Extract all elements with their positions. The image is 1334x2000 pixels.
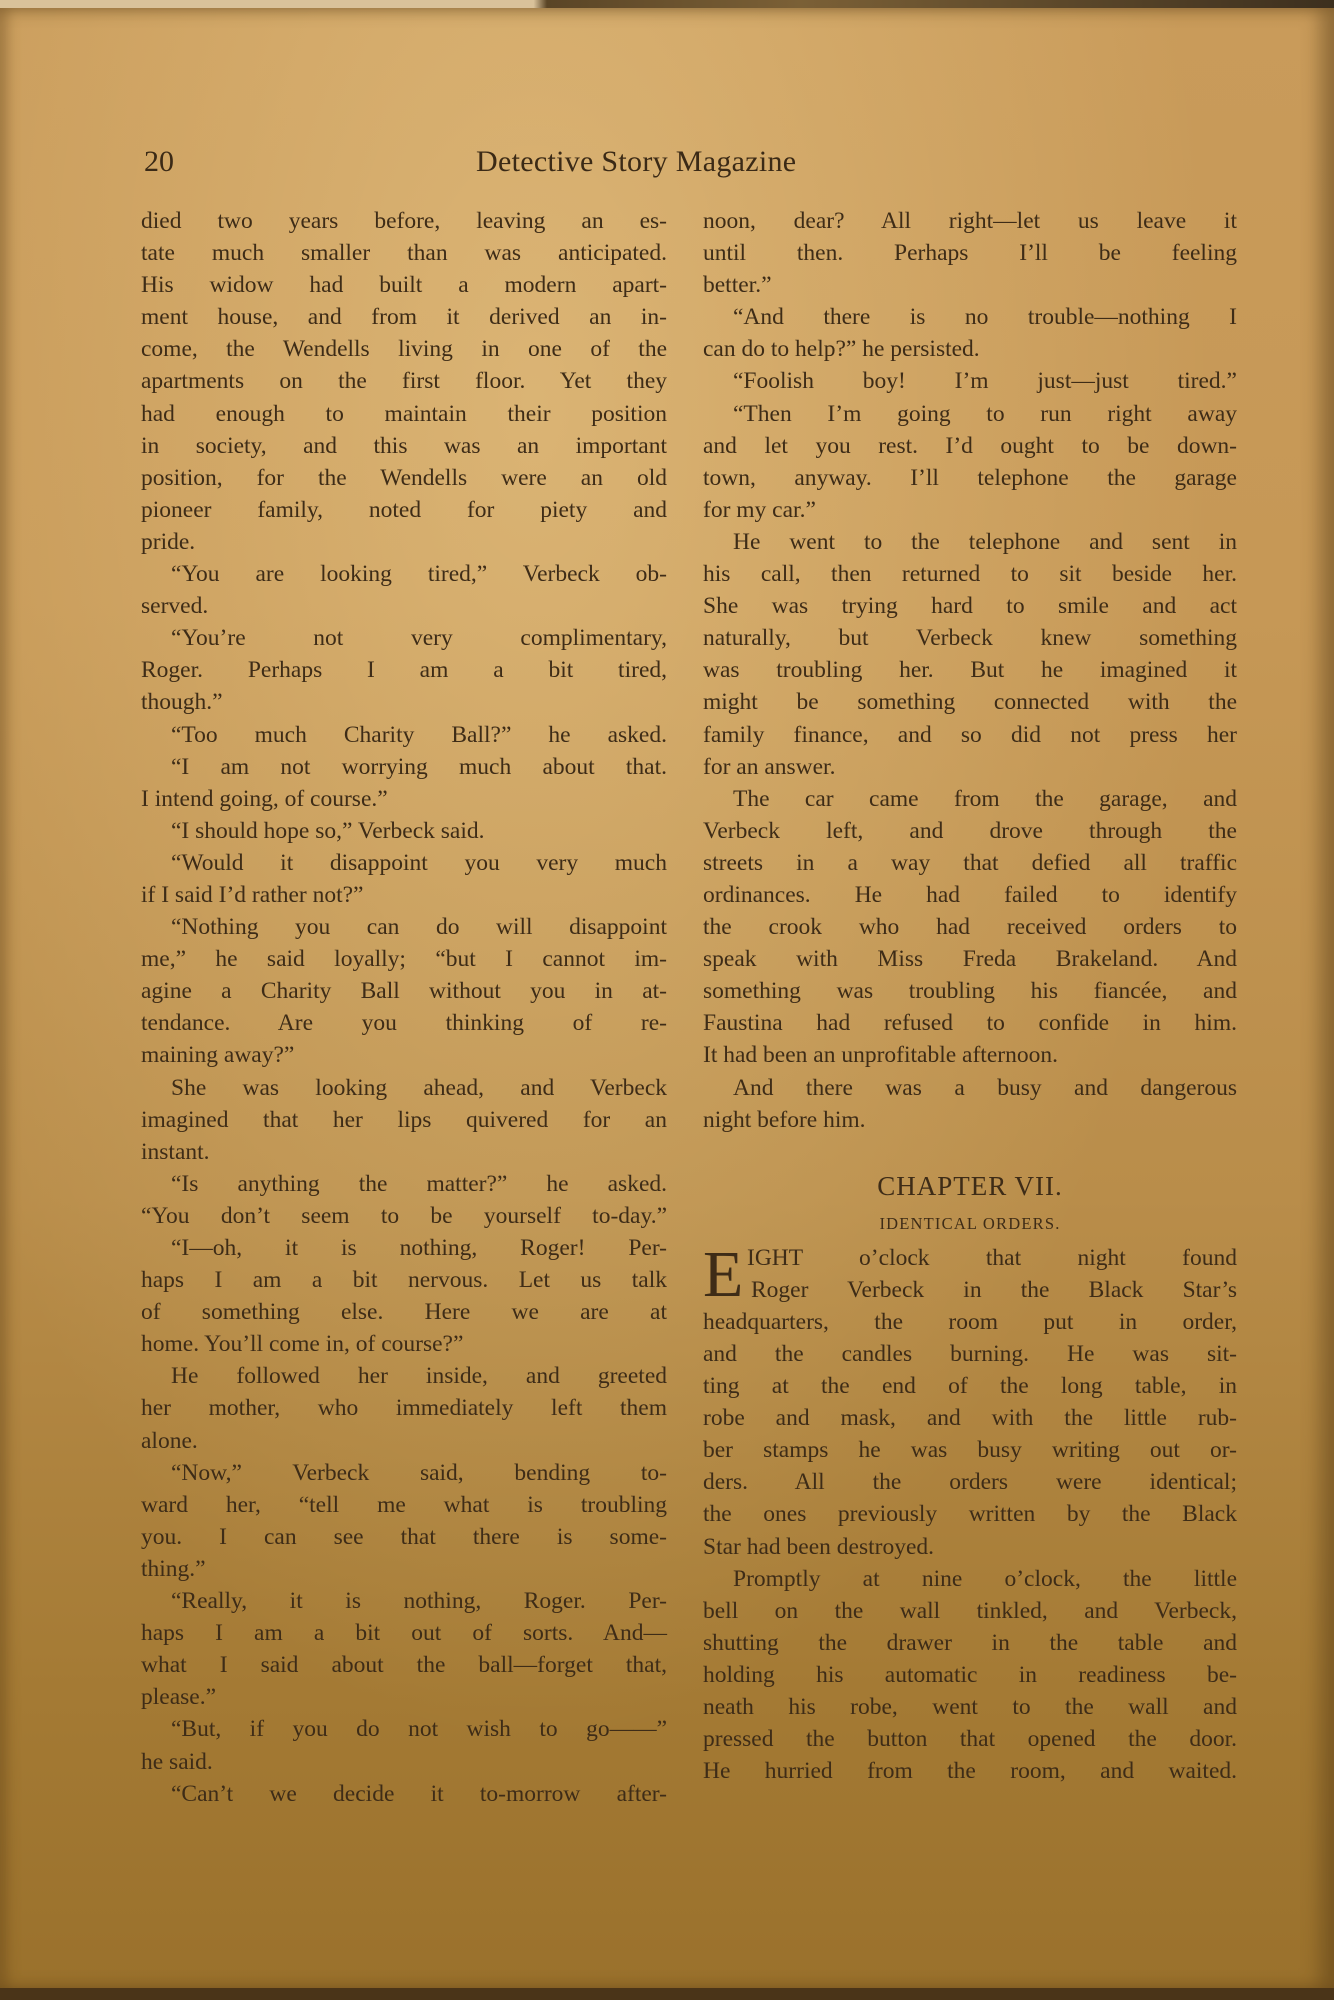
page-bottom-edge <box>0 1988 1334 2000</box>
text-line: He followed her inside, and greeted <box>141 1360 667 1392</box>
text-line: died two years before, leaving an es- <box>141 205 667 237</box>
text-line: pioneer family, noted for piety and <box>141 494 667 526</box>
text-line: the ones previously written by the Black <box>703 1498 1237 1530</box>
text-line: It had been an unprofitable afternoon. <box>703 1039 1237 1071</box>
text-line: “Now,” Verbeck said, bending to- <box>141 1457 667 1489</box>
text-line: speak with Miss Freda Brakeland. And <box>703 943 1237 975</box>
text-line: alone. <box>141 1425 667 1457</box>
text-line: might be something connected with the <box>703 686 1237 718</box>
text-line: ders. All the orders were identical; <box>703 1466 1237 1498</box>
text-line: her mother, who immediately left them <box>141 1392 667 1424</box>
page-number: 20 <box>144 145 174 179</box>
text-line: I intend going, of course.” <box>141 783 667 815</box>
text-line: She was trying hard to smile and act <box>703 590 1237 622</box>
text-line: pressed the button that opened the door. <box>703 1723 1237 1755</box>
text-line: position, for the Wendells were an old <box>141 462 667 494</box>
text-line: naturally, but Verbeck knew something <box>703 622 1237 654</box>
right-column-text-before-chapter: noon, dear? All right—let us leave itunt… <box>703 205 1237 1136</box>
text-line: can do to help?” he persisted. <box>703 333 1237 365</box>
text-line: She was looking ahead, and Verbeck <box>141 1072 667 1104</box>
text-line: ment house, and from it derived an in- <box>141 301 667 333</box>
text-line: better.” <box>703 269 1237 301</box>
text-line: robe and mask, and with the little rub- <box>703 1402 1237 1434</box>
text-line: maining away?” <box>141 1039 667 1071</box>
text-line: shutting the drawer in the table and <box>703 1627 1237 1659</box>
chapter-title: CHAPTER VII. <box>703 1166 1237 1206</box>
text-line: he said. <box>141 1746 667 1778</box>
text-line: agine a Charity Ball without you in at- <box>141 975 667 1007</box>
text-line: in society, and this was an important <box>141 430 667 462</box>
text-line: and let you rest. I’d ought to be down- <box>703 430 1237 462</box>
text-line: “I—oh, it is nothing, Roger! Per- <box>141 1232 667 1264</box>
text-line: his call, then returned to sit beside he… <box>703 558 1237 590</box>
page-header: 20 Detective Story Magazine <box>140 145 1250 185</box>
text-line: the crook who had received orders to <box>703 911 1237 943</box>
text-line: Star had been destroyed. <box>703 1531 1237 1563</box>
text-line: if I said I’d rather not?” <box>141 879 667 911</box>
text-line: holding his automatic in readiness be- <box>703 1659 1237 1691</box>
right-column: noon, dear? All right—let us leave itunt… <box>703 205 1237 1787</box>
text-line: “Too much Charity Ball?” he asked. <box>141 719 667 751</box>
text-line: “But, if you do not wish to go——” <box>141 1713 667 1745</box>
text-line: “You’re not very complimentary, <box>141 622 667 654</box>
text-line: pride. <box>141 526 667 558</box>
text-line: “You are looking tired,” Verbeck ob- <box>141 558 667 590</box>
text-line: you. I can see that there is some- <box>141 1521 667 1553</box>
text-line: served. <box>141 590 667 622</box>
text-line: something was troubling his fiancée, and <box>703 975 1237 1007</box>
text-line: Promptly at nine o’clock, the little <box>703 1563 1237 1595</box>
text-line: me,” he said loyally; “but I cannot im- <box>141 943 667 975</box>
text-line: for an answer. <box>703 751 1237 783</box>
text-line: family finance, and so did not press her <box>703 719 1237 751</box>
text-line: ting at the end of the long table, in <box>703 1370 1237 1402</box>
text-line: had enough to maintain their position <box>141 398 667 430</box>
text-line: come, the Wendells living in one of the <box>141 333 667 365</box>
text-line: until then. Perhaps I’ll be feeling <box>703 237 1237 269</box>
text-line: ber stamps he was busy writing out or- <box>703 1434 1237 1466</box>
text-line: Verbeck left, and drove through the <box>703 815 1237 847</box>
drop-cap: E <box>703 1244 743 1306</box>
chapter-subtitle: IDENTICAL ORDERS. <box>703 1206 1237 1242</box>
text-line: of something else. Here we are at <box>141 1296 667 1328</box>
text-line: “I am not worrying much about that. <box>141 751 667 783</box>
text-line: “Can’t we decide it to-morrow after- <box>141 1778 667 1810</box>
text-line: imagined that her lips quivered for an <box>141 1104 667 1136</box>
text-line: “Then I’m going to run right away <box>703 398 1237 430</box>
text-line: please.” <box>141 1681 667 1713</box>
text-line: headquarters, the room put in order, <box>703 1306 1237 1338</box>
text-line: And there was a busy and dangerous <box>703 1072 1237 1104</box>
text-line: “I should hope so,” Verbeck said. <box>141 815 667 847</box>
text-line: streets in a way that defied all traffic <box>703 847 1237 879</box>
text-line: for my car.” <box>703 494 1237 526</box>
text-line: town, anyway. I’ll telephone the garage <box>703 462 1237 494</box>
text-line: and the candles burning. He was sit- <box>703 1338 1237 1370</box>
text-line: instant. <box>141 1136 667 1168</box>
text-line: haps I am a bit out of sorts. And— <box>141 1617 667 1649</box>
text-line: tate much smaller than was anticipated. <box>141 237 667 269</box>
running-head: Detective Story Magazine <box>476 145 796 179</box>
text-line: neath his robe, went to the wall and <box>703 1691 1237 1723</box>
text-line: “Really, it is nothing, Roger. Per- <box>141 1585 667 1617</box>
right-column-text-after-chapter: headquarters, the room put in order,and … <box>703 1306 1237 1787</box>
text-line: “Would it disappoint you very much <box>141 847 667 879</box>
text-line: Roger. Perhaps I am a bit tired, <box>141 654 667 686</box>
text-line: apartments on the first floor. Yet they <box>141 365 667 397</box>
text-line: haps I am a bit nervous. Let us talk <box>141 1264 667 1296</box>
text-line: noon, dear? All right—let us leave it <box>703 205 1237 237</box>
left-column: died two years before, leaving an es-tat… <box>141 205 667 1810</box>
chapter-second-line: Roger Verbeck in the Black Star’s <box>703 1274 1237 1306</box>
text-line: Faustina had refused to confide in him. <box>703 1007 1237 1039</box>
text-line: tendance. Are you thinking of re- <box>141 1007 667 1039</box>
text-line: “Is anything the matter?” he asked. <box>141 1168 667 1200</box>
text-line: ward her, “tell me what is troubling <box>141 1489 667 1521</box>
text-line: “Nothing you can do will disappoint <box>141 911 667 943</box>
text-line: bell on the wall tinkled, and Verbeck, <box>703 1595 1237 1627</box>
text-line: ordinances. He had failed to identify <box>703 879 1237 911</box>
chapter-opening: E IGHT o’clock that night found Roger Ve… <box>703 1242 1237 1306</box>
text-line: home. You’ll come in, of course?” <box>141 1328 667 1360</box>
text-line: though.” <box>141 686 667 718</box>
chapter-first-line: IGHT o’clock that night found <box>703 1242 1237 1274</box>
text-line: His widow had built a modern apart- <box>141 269 667 301</box>
text-line: “Foolish boy! I’m just—just tired.” <box>703 365 1237 397</box>
text-line: was troubling her. But he imagined it <box>703 654 1237 686</box>
text-line: “And there is no trouble—nothing I <box>703 301 1237 333</box>
text-line: “You don’t seem to be yourself to-day.” <box>141 1200 667 1232</box>
text-line: thing.” <box>141 1553 667 1585</box>
text-line: what I said about the ball—forget that, <box>141 1649 667 1681</box>
text-line: The car came from the garage, and <box>703 783 1237 815</box>
text-line: He went to the telephone and sent in <box>703 526 1237 558</box>
text-line: night before him. <box>703 1104 1237 1136</box>
text-line: He hurried from the room, and waited. <box>703 1755 1237 1787</box>
